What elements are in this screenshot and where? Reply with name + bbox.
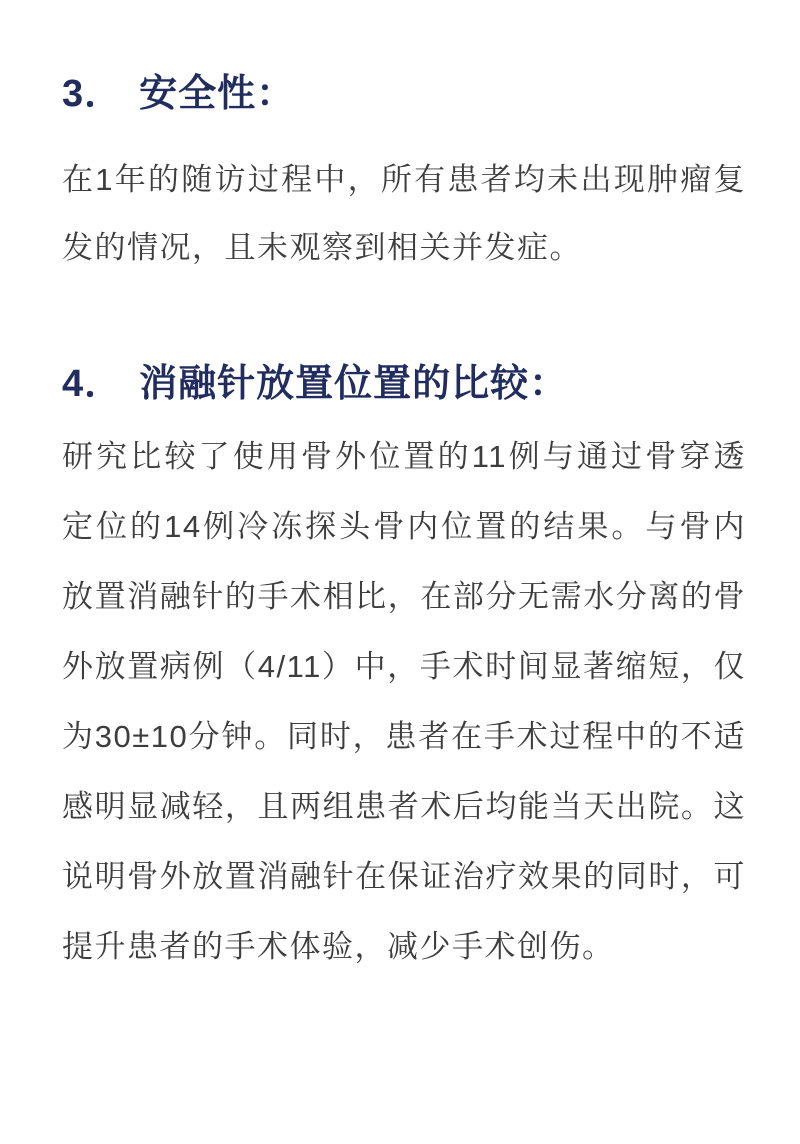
- section-needle-body: 研究比较了使用骨外位置的11例与通过骨穿透定位的14例冷冻探头骨内位置的结果。与…: [62, 422, 746, 982]
- section-needle-heading-number: 4．: [62, 362, 123, 406]
- section-safety-heading-number: 3．: [62, 72, 123, 116]
- section-safety-heading-title: 安全性：: [139, 73, 295, 115]
- document-page: 3．安全性： 在1年的随访过程中，所有患者均未出现肿瘤复发的情况，且未观察到相关…: [0, 0, 800, 1144]
- section-needle-heading-title: 消融针放置位置的比较：: [139, 363, 568, 405]
- section-needle-placement: 4．消融针放置位置的比较： 研究比较了使用骨外位置的11例与通过骨穿透定位的14…: [62, 362, 746, 982]
- section-needle-heading: 4．消融针放置位置的比较：: [62, 362, 746, 406]
- section-safety-body: 在1年的随访过程中，所有患者均未出现肿瘤复发的情况，且未观察到相关并发症。: [62, 146, 746, 282]
- section-safety-heading: 3．安全性：: [62, 72, 746, 116]
- section-safety: 3．安全性： 在1年的随访过程中，所有患者均未出现肿瘤复发的情况，且未观察到相关…: [62, 72, 746, 282]
